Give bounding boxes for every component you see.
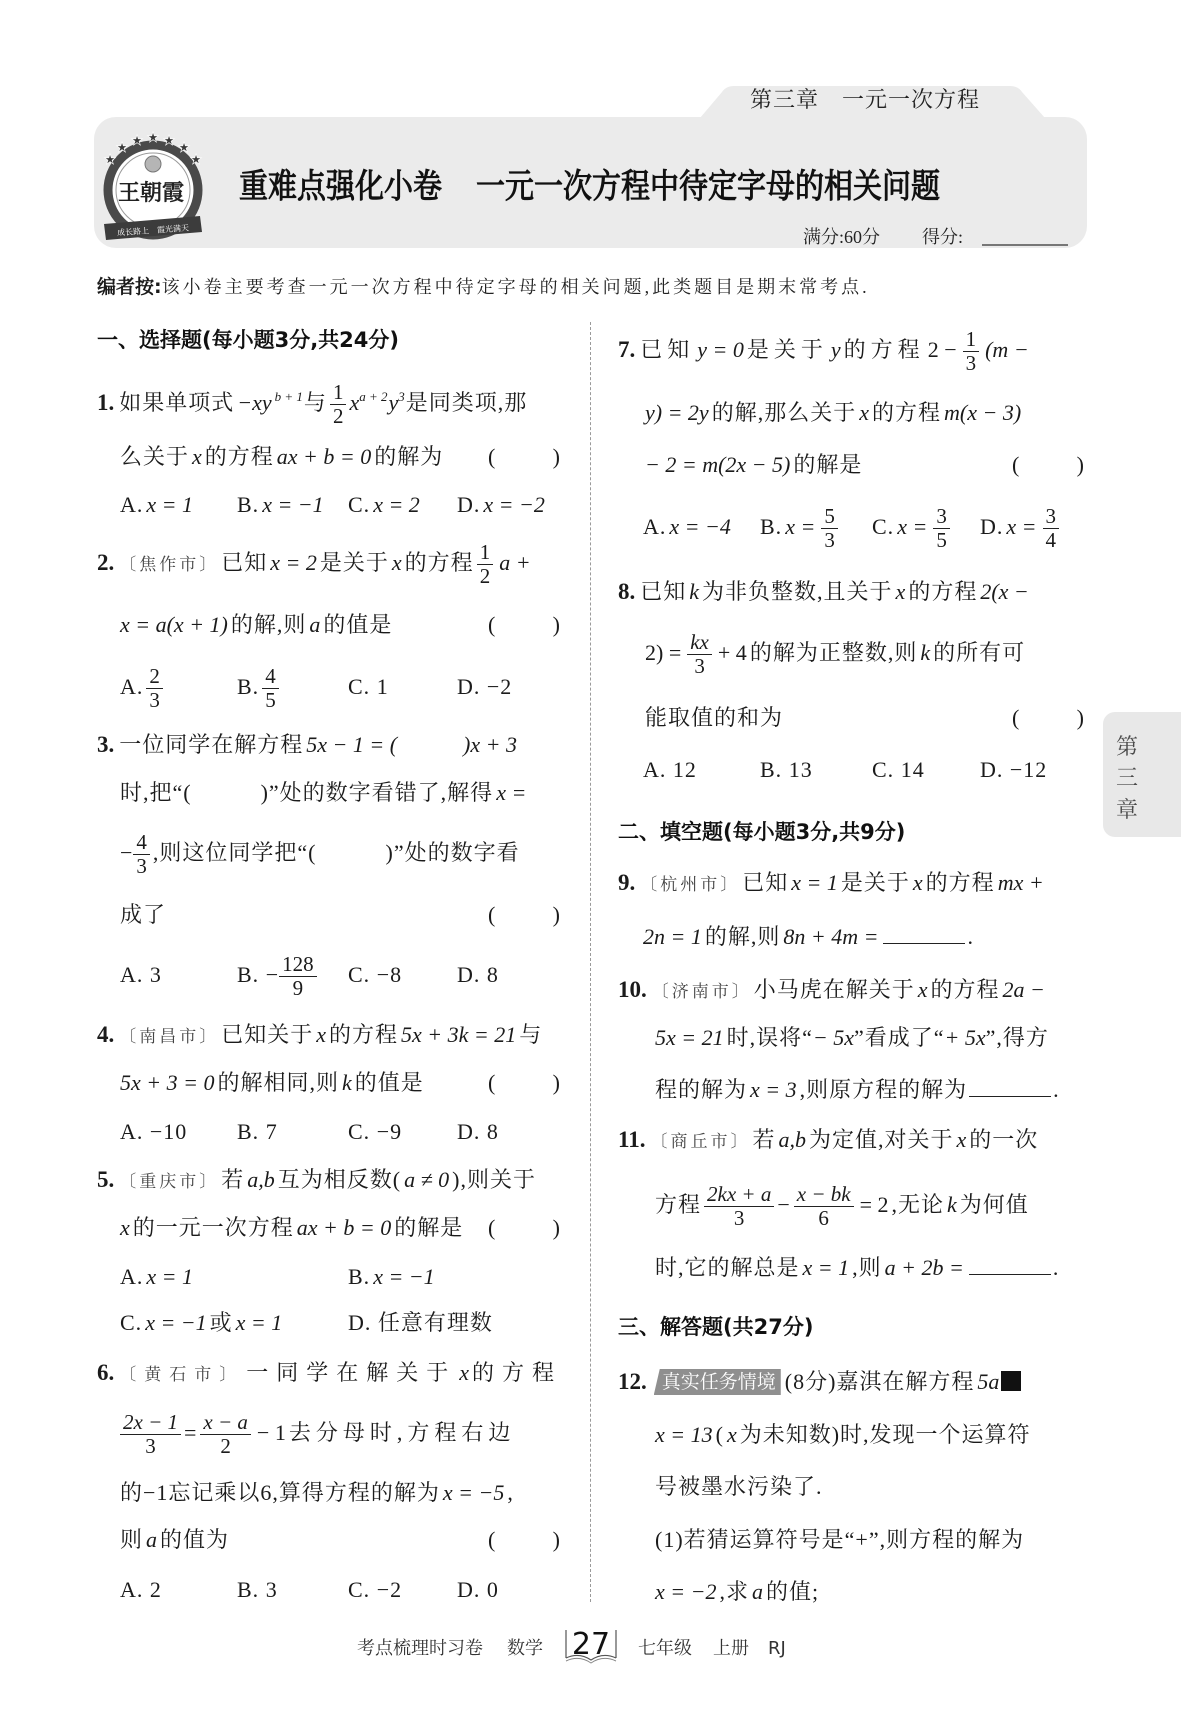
question-source: 〔重庆市〕 xyxy=(119,1172,219,1191)
star-icon: ★ xyxy=(163,133,176,149)
text: 方程 xyxy=(655,1192,701,1217)
math-expr: y) = 2y xyxy=(645,400,709,425)
option-value: −9 xyxy=(377,1119,402,1144)
star-icon: ★ xyxy=(131,133,144,149)
text: 则 xyxy=(120,1527,143,1552)
option-value: −2 xyxy=(487,674,512,699)
question-1-line-2: 么关于x的方程ax + b = 0的解为 xyxy=(120,441,443,473)
text: 与 xyxy=(304,390,327,415)
option-b: B. 7 xyxy=(237,1116,278,1148)
numerator: 2kx + a xyxy=(704,1183,774,1207)
text: ,则原方程的解为 xyxy=(800,1077,968,1102)
option-value: x = −1 xyxy=(373,1264,434,1289)
fraction: 2kx + a3 xyxy=(704,1183,774,1230)
math-expr: x xyxy=(459,1360,469,1385)
full-score: 满分:60分 xyxy=(803,224,880,250)
option-value: x = 1 xyxy=(146,1264,193,1289)
section-heading-fill-blank: 二、填空题(每小题3分,共9分) xyxy=(618,816,905,848)
question-number: 5. xyxy=(97,1167,114,1192)
option-label: C. xyxy=(348,1119,370,1144)
math-expr: k xyxy=(342,1070,352,1095)
numerator: 1 xyxy=(963,328,980,352)
text: 的方程 xyxy=(405,550,474,575)
option-d: D. 8 xyxy=(457,959,499,991)
minus: − xyxy=(777,1192,790,1217)
star-icon: ★ xyxy=(178,140,191,156)
question-2-line-2: x = a(x + 1)的解,则a的值是 xyxy=(120,609,392,641)
question-6-line-4: 则a的值为 xyxy=(120,1524,229,1556)
math-expr: a + xyxy=(499,550,530,575)
side-tab-char: 章 xyxy=(1112,793,1142,824)
denominator: 2 xyxy=(200,1435,251,1458)
option-label: C. xyxy=(348,1577,370,1602)
numerator: 2 xyxy=(146,665,163,689)
star-icon: ★ xyxy=(116,140,129,156)
option-value: −2 xyxy=(377,1577,402,1602)
math-expr: x = xyxy=(496,780,526,805)
title-prefix: 重难点强化小卷 xyxy=(239,163,442,209)
exponent: 3 xyxy=(398,389,405,404)
period: . xyxy=(1053,1255,1060,1280)
option-label: A. xyxy=(120,1264,143,1289)
math-expr: x = 2 xyxy=(270,550,317,575)
text: 的值是 xyxy=(323,612,392,637)
question-number: 1. xyxy=(97,390,114,415)
option-value: x = xyxy=(785,514,815,539)
option-d: D. −12 xyxy=(980,754,1047,786)
math-expr: x xyxy=(192,444,202,469)
text: 的解相同,则 xyxy=(217,1070,339,1095)
text: 么关于 xyxy=(120,444,189,469)
math-expr: x xyxy=(349,390,359,415)
math-expr: x xyxy=(896,579,906,604)
option-value: x = xyxy=(1006,514,1036,539)
option-a: A. −10 xyxy=(120,1116,187,1148)
option-a: A. 3 xyxy=(120,959,162,991)
paren-close: ) xyxy=(1077,449,1084,481)
question-7-line-3: − 2 = m(2x − 5)的解是 xyxy=(645,449,862,481)
paren-close: ) xyxy=(553,609,560,641)
option-b: B. −1289 xyxy=(237,959,320,991)
star-icon: ★ xyxy=(104,152,117,168)
option-label: A. xyxy=(120,962,143,987)
paren-open: ( xyxy=(488,1524,495,1556)
option-value: 1 xyxy=(377,674,389,699)
question-10-line-2: 5x = 21时,误将“− 5x”看成了“+ 5x”,得方 xyxy=(655,1022,1049,1054)
option-value: x = 1 xyxy=(236,1310,283,1335)
fraction: 2x − 13 xyxy=(120,1411,181,1458)
question-source: 〔焦作市〕 xyxy=(119,555,219,574)
text: 若 xyxy=(752,1127,775,1152)
editor-note: 编者按:该小卷主要考查一元一次方程中待定字母的相关问题,此类题目是期末常考点. xyxy=(97,272,870,302)
option-connector: 或 xyxy=(210,1310,233,1335)
text: 的−1忘记乘以6,算得方程的解为 xyxy=(120,1480,440,1505)
paren-open: ( xyxy=(488,1212,495,1244)
text: ),则关于 xyxy=(452,1167,536,1192)
math-expr: x xyxy=(392,550,402,575)
footer-edition: RJ xyxy=(768,1636,786,1662)
question-12-line-3: 号被墨水污染了. xyxy=(655,1471,823,1503)
option-label: B. xyxy=(237,492,259,517)
text: 的解,那么关于 xyxy=(712,400,857,425)
fraction: x − bk6 xyxy=(794,1183,854,1230)
math-expr: ax + b = 0 xyxy=(297,1215,391,1240)
fraction: x − a2 xyxy=(200,1411,251,1458)
math-expr: m(x − 3) xyxy=(944,400,1021,425)
text: 是关于 xyxy=(841,870,910,895)
math-expr: k xyxy=(920,640,930,665)
text: 时,它的解总是 xyxy=(655,1255,800,1280)
option-c: C. −9 xyxy=(348,1116,402,1148)
question-10-line-1: 10.〔济南市〕小马虎在解关于x的方程2a − xyxy=(618,974,1048,1006)
option-label: D. xyxy=(980,514,1003,539)
option-label: B. xyxy=(237,962,259,987)
question-12-part-1: (1)若猜运算符号是“+”,则方程的解为 xyxy=(655,1524,1024,1556)
paren-open: ( xyxy=(1012,702,1019,734)
text: ,求 xyxy=(719,1579,749,1604)
fraction: kx3 xyxy=(687,631,712,678)
option-label: A. xyxy=(120,492,143,517)
text: ”看成了“ xyxy=(854,1025,945,1050)
option-label: A. xyxy=(120,1119,143,1144)
denominator: 3 xyxy=(687,655,712,678)
question-number: 3. xyxy=(97,732,114,757)
fraction: 13 xyxy=(963,328,980,375)
math-expr: k xyxy=(947,1192,957,1217)
option-b: B.x = −1 xyxy=(348,1261,438,1293)
denominator: 3 xyxy=(704,1207,774,1230)
numerator: x − bk xyxy=(794,1183,854,1207)
math-expr: 8n + 4m = xyxy=(783,924,878,949)
question-number: 8. xyxy=(618,579,635,604)
math-expr: x = 3 xyxy=(750,1077,797,1102)
option-value: 13 xyxy=(789,757,813,782)
option-value: 0 xyxy=(487,1577,499,1602)
text: ( xyxy=(716,1422,724,1447)
numerator: 3 xyxy=(933,505,950,529)
option-value: 2 xyxy=(150,1577,162,1602)
exponent: b + 1 xyxy=(275,389,303,404)
option-label: A. xyxy=(643,514,666,539)
math-expr: a,b xyxy=(779,1127,807,1152)
option-label: D. xyxy=(348,1310,371,1335)
section-heading-solution: 三、解答题(共27分) xyxy=(618,1311,813,1343)
math-expr: 5a xyxy=(977,1369,999,1394)
question-source: 〔南昌市〕 xyxy=(119,1027,219,1046)
option-c: C.x = −1或x = 1 xyxy=(120,1307,285,1339)
question-12-line-2: x = 13(x为未知数)时,发现一个运算符 xyxy=(655,1419,1031,1451)
math-expr: x = 1 xyxy=(803,1255,850,1280)
math-expr: x xyxy=(120,1215,130,1240)
paren-open: ( xyxy=(488,441,495,473)
answer-paren: () xyxy=(1012,702,1084,734)
text: 的一元一次方程 xyxy=(133,1215,294,1240)
footer-volume: 上册 xyxy=(713,1636,749,1662)
question-6-line-2: 2x − 13=x − a2− 1去分母时,方程右边 xyxy=(120,1417,515,1449)
section-heading-choice: 一、选择题(每小题3分,共24分) xyxy=(97,324,399,356)
fraction: 43 xyxy=(133,831,150,878)
text: 为定值,对关于 xyxy=(809,1127,954,1152)
question-8-line-3: 能取值的和为 xyxy=(645,702,783,734)
question-number: 10. xyxy=(618,977,647,1002)
question-9-line-2: 2n = 1的解,则8n + 4m =. xyxy=(643,921,974,953)
math-expr: x = 13 xyxy=(655,1422,713,1447)
answer-paren: () xyxy=(488,1212,560,1244)
numerator: 4 xyxy=(262,665,279,689)
option-b: B.45 xyxy=(237,671,282,703)
math-expr: a xyxy=(752,1579,763,1604)
option-a: A. 12 xyxy=(643,754,697,786)
option-label: B. xyxy=(237,1577,259,1602)
text: − xyxy=(120,840,133,865)
exponent: a + 2 xyxy=(359,389,387,404)
question-2-line-1: 2.〔焦作市〕已知x = 2是关于x的方程12a + xyxy=(97,547,534,579)
star-icon: ★ xyxy=(190,152,203,168)
portrait-icon xyxy=(145,156,161,172)
numerator: x − a xyxy=(200,1411,251,1435)
text: ,则这位同学把“( )”处的数字看 xyxy=(153,840,520,865)
math-expr: y xyxy=(388,390,398,415)
paren-open: ( xyxy=(488,899,495,931)
math-expr: − 5x xyxy=(813,1025,854,1050)
option-d: D.x = −2 xyxy=(457,489,548,521)
option-label: C. xyxy=(348,674,370,699)
math-expr: 5x − 1 = ( )x + 3 xyxy=(306,732,517,757)
text: 去分母时,方程右边 xyxy=(289,1420,516,1445)
math-expr: x xyxy=(918,977,928,1002)
question-number: 12. xyxy=(618,1369,647,1394)
answer-paren: () xyxy=(488,899,560,931)
score-blank xyxy=(982,244,1068,246)
option-value: −10 xyxy=(150,1119,187,1144)
editor-note-label: 编者按: xyxy=(97,276,162,298)
paren-open: ( xyxy=(1012,449,1019,481)
math-expr: 5x + 3 = 0 xyxy=(120,1070,214,1095)
math-expr: x = a(x + 1) xyxy=(120,612,228,637)
question-source: 〔黄石市〕 xyxy=(119,1365,244,1384)
page-title: 一元一次方程中待定字母的相关问题 xyxy=(476,163,940,209)
option-c: C. 1 xyxy=(348,671,389,703)
text: 一位同学在解方程 xyxy=(119,732,303,757)
option-a: A.x = 1 xyxy=(120,1261,196,1293)
option-c: C.x = 2 xyxy=(348,489,423,521)
text: 是关于 xyxy=(747,337,828,362)
option-label: A. xyxy=(643,757,666,782)
page-number: 27 xyxy=(567,1628,615,1662)
option-label: B. xyxy=(760,514,782,539)
math-expr: 2 − xyxy=(928,337,957,362)
text: 已知关于 xyxy=(221,1022,313,1047)
fraction: 12 xyxy=(330,381,347,428)
text: 为非负整数,且关于 xyxy=(702,579,893,604)
option-d: D. −2 xyxy=(457,671,512,703)
denominator: 3 xyxy=(963,352,980,375)
paren-close: ) xyxy=(553,441,560,473)
text: 为未知数)时,发现一个运算符 xyxy=(740,1422,1031,1447)
text: 如果单项式 xyxy=(119,390,234,415)
option-value: 7 xyxy=(266,1119,278,1144)
option-value: 14 xyxy=(901,757,925,782)
math-expr: mx + xyxy=(998,870,1044,895)
math-expr: a,b xyxy=(247,1167,275,1192)
option-label: C. xyxy=(348,492,370,517)
option-b: B.x =53 xyxy=(760,511,841,543)
math-expr: x xyxy=(913,870,923,895)
logo-brand: 王朝霞 xyxy=(118,180,184,205)
option-a: A.x = −4 xyxy=(643,511,734,543)
option-label: B. xyxy=(237,674,259,699)
option-value: 12 xyxy=(673,757,697,782)
text: 的值; xyxy=(766,1579,819,1604)
math-expr: 2(x − xyxy=(980,579,1028,604)
option-value: −8 xyxy=(377,962,402,987)
option-value: 3 xyxy=(266,1577,278,1602)
text: 的一次 xyxy=(969,1127,1038,1152)
text: 一同学在解关于 xyxy=(246,1360,456,1385)
fraction: 35 xyxy=(933,505,950,552)
answer-blank xyxy=(969,1076,1051,1097)
option-label: D. xyxy=(457,1119,480,1144)
denominator: 4 xyxy=(1043,529,1060,552)
fraction: 34 xyxy=(1043,505,1060,552)
question-source: 〔杭州市〕 xyxy=(640,875,740,894)
text: 互为相反数( xyxy=(278,1167,401,1192)
option-d: D. 8 xyxy=(457,1116,499,1148)
question-5-line-2: x的一元一次方程ax + b = 0的解是 xyxy=(120,1212,463,1244)
denominator: 2 xyxy=(477,565,494,588)
denominator: 5 xyxy=(933,529,950,552)
denominator: 3 xyxy=(120,1435,181,1458)
question-11-line-1: 11.〔商丘市〕若a,b为定值,对关于x的一次 xyxy=(618,1124,1038,1156)
question-11-line-2: 方程2kx + a3−x − bk6= 2,无论k为何值 xyxy=(655,1189,1029,1221)
math-expr: = 2 xyxy=(860,1192,889,1217)
question-11-line-3: 时,它的解总是x = 1,则a + 2b =. xyxy=(655,1252,1059,1284)
fraction: 45 xyxy=(262,665,279,712)
question-7-line-1: 7.已知y = 0是关于y的方程2 −13(m − xyxy=(618,334,1032,366)
text: 已知 xyxy=(640,337,694,362)
text: 小马虎在解关于 xyxy=(754,977,915,1002)
option-c: C. −8 xyxy=(348,959,402,991)
answer-blank xyxy=(969,1254,1051,1275)
option-a: A.x = 1 xyxy=(120,489,196,521)
option-value: 8 xyxy=(487,1119,499,1144)
option-value: x = −1 xyxy=(145,1310,206,1335)
fraction: 12 xyxy=(477,541,494,588)
text: 与 xyxy=(519,1022,542,1047)
math-expr: − 1 xyxy=(257,1420,286,1445)
denominator: 9 xyxy=(279,977,317,1000)
denominator: 5 xyxy=(262,689,279,712)
text: 的解是 xyxy=(793,452,862,477)
option-value: 任意有理数 xyxy=(378,1310,493,1335)
fraction: 53 xyxy=(821,505,838,552)
option-value: x = 1 xyxy=(146,492,193,517)
text: 的解为 xyxy=(374,444,443,469)
option-d: D.x =34 xyxy=(980,511,1062,543)
text: , xyxy=(507,1480,514,1505)
text: 的方程 xyxy=(844,337,925,362)
fraction: 23 xyxy=(146,665,163,712)
question-8-line-2: 2) =kx3+ 4的解为正整数,则k的所有可 xyxy=(645,637,1025,669)
option-label: A. xyxy=(120,1577,143,1602)
text: 已知 xyxy=(640,579,686,604)
math-expr: 5x = 21 xyxy=(655,1025,724,1050)
text: 能取值的和为 xyxy=(645,705,783,730)
paren-open: ( xyxy=(488,1067,495,1099)
paren-open: ( xyxy=(488,609,495,641)
column-divider xyxy=(590,322,591,1602)
question-source: 〔商丘市〕 xyxy=(650,1132,750,1151)
text: 的方程 xyxy=(472,1360,562,1385)
numerator: 3 xyxy=(1043,505,1060,529)
question-3-line-1: 3.一位同学在解方程5x − 1 = ( )x + 3 xyxy=(97,729,520,761)
chapter-tab-label: 第三章 一元一次方程 xyxy=(750,86,980,116)
answer-paren: () xyxy=(488,609,560,641)
question-number: 11. xyxy=(618,1127,645,1152)
option-value: x = −2 xyxy=(483,492,544,517)
text: 时,把“( )”处的数字看错了,解得 xyxy=(120,780,493,805)
math-expr: 2a − xyxy=(1003,977,1045,1002)
question-number: 4. xyxy=(97,1022,114,1047)
numerator: 4 xyxy=(133,831,150,855)
option-value: x = 2 xyxy=(373,492,420,517)
denominator: 3 xyxy=(821,529,838,552)
side-tab-char: 三 xyxy=(1112,761,1142,792)
math-expr: 2n = 1 xyxy=(643,924,702,949)
text: 号被墨水污染了. xyxy=(655,1474,823,1499)
text: (8分)嘉淇在解方程 xyxy=(785,1369,975,1394)
text: 的解是 xyxy=(394,1215,463,1240)
text: 的值为 xyxy=(160,1527,229,1552)
text: 的方程 xyxy=(329,1022,398,1047)
question-number: 2. xyxy=(97,550,114,575)
question-number: 7. xyxy=(618,337,635,362)
option-c: C.x =35 xyxy=(872,511,953,543)
answer-blank xyxy=(883,923,965,944)
option-value: 8 xyxy=(487,962,499,987)
question-3-line-4: 成了 xyxy=(120,899,166,931)
text: 的方程 xyxy=(205,444,274,469)
text: 的方程 xyxy=(931,977,1000,1002)
option-label: A. xyxy=(120,674,143,699)
text: 已知 xyxy=(221,550,267,575)
fraction: 1289 xyxy=(279,953,317,1000)
option-label: D. xyxy=(457,492,480,517)
score-label: 得分: xyxy=(922,224,963,250)
text: 若 xyxy=(221,1167,244,1192)
text: ,则 xyxy=(852,1255,882,1280)
question-4-line-1: 4.〔南昌市〕已知关于x的方程5x + 3k = 21与 xyxy=(97,1019,542,1051)
text: 的所有可 xyxy=(933,640,1025,665)
paren-close: ) xyxy=(1077,702,1084,734)
question-number: 6. xyxy=(97,1360,114,1385)
math-expr: + 5x xyxy=(945,1025,986,1050)
math-expr: a xyxy=(146,1527,157,1552)
option-value: x = −1 xyxy=(262,492,323,517)
text: 成了 xyxy=(120,902,166,927)
question-1-line-1: 1.如果单项式−xyb + 1与12xa + 2y3是同类项,那 xyxy=(97,381,527,413)
text: 的解,则 xyxy=(231,612,307,637)
text: (1)若猜运算符号是“+”,则方程的解为 xyxy=(655,1527,1024,1552)
paren-close: ) xyxy=(553,1524,560,1556)
math-expr: (m − xyxy=(985,337,1029,362)
option-label: D. xyxy=(980,757,1003,782)
option-label: D. xyxy=(457,674,480,699)
star-icon: ★ xyxy=(147,130,160,146)
question-6-line-3: 的−1忘记乘以6,算得方程的解为x = −5, xyxy=(120,1477,514,1509)
question-3-line-2: 时,把“( )”处的数字看错了,解得x = xyxy=(120,777,529,809)
answer-paren: () xyxy=(488,1524,560,1556)
